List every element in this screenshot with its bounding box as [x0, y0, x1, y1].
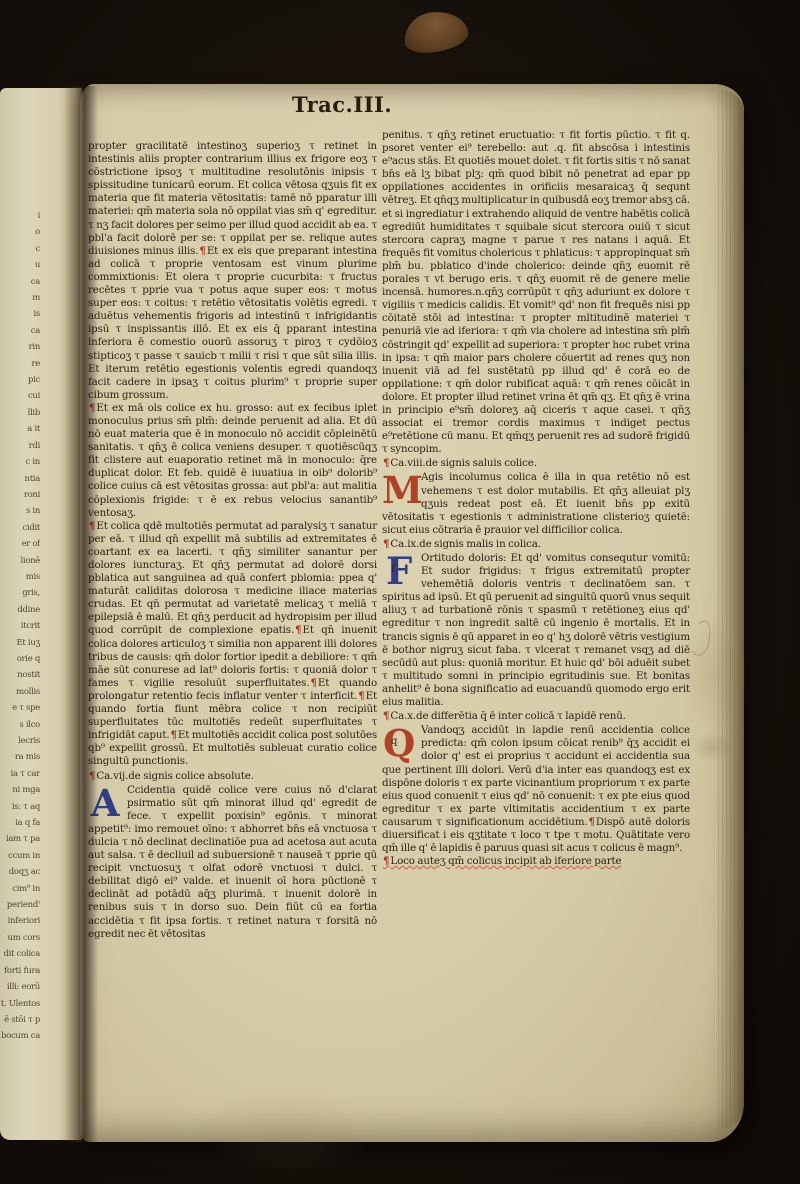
drop-cap-initial: A [88, 785, 122, 823]
fragment-line: roni [0, 487, 40, 503]
pilcrow-mark: ¶ [170, 729, 178, 741]
fragment-line: lionē [0, 553, 40, 569]
pilcrow-mark: ¶ [309, 677, 317, 689]
fragment-line: rdi [0, 438, 40, 454]
fragment-line: pic [0, 372, 40, 388]
text-paragraph: ¶Loco auteʒ qm̄ colicus incipit ab iferi… [382, 855, 690, 868]
fragment-line: ca [0, 274, 40, 290]
facing-page-text-fragments: iocucamiscarinrepiccuilliba itrdic innti… [0, 208, 40, 1088]
chapter-rubric: ¶Ca.x.de differētia q̄ ē inter colicā τ … [382, 710, 690, 723]
guide-letter: q [391, 737, 397, 747]
drop-cap-initial: M [382, 472, 416, 510]
pilcrow-mark: ¶ [198, 245, 206, 257]
fragment-line: s ilco [0, 717, 40, 733]
parchment-stain [200, 1084, 380, 1174]
pilcrow-mark: ¶ [88, 770, 96, 782]
pilcrow-mark: ¶ [88, 402, 96, 414]
text-paragraph: ACcidentia quidē colice vere cuius nō d'… [88, 784, 377, 941]
fragment-line: mis [0, 569, 40, 585]
fragment-line: illi: eorū [0, 979, 40, 995]
fragment-line: bocum ca [0, 1028, 40, 1044]
text-paragraph: MAgis incolumus colica ē illa in qua ret… [382, 471, 690, 536]
fragment-line: inferiori [0, 913, 40, 929]
fragment-line: u [0, 257, 40, 273]
fragment-line: Et iuʒ [0, 635, 40, 651]
fragment-line: a it [0, 421, 40, 437]
pilcrow-mark: ¶ [382, 855, 390, 867]
fragment-line: ccum in [0, 848, 40, 864]
text-paragraph: ¶Et colica qdē multotiēs permutat ad par… [88, 520, 377, 769]
fragment-line: rin [0, 339, 40, 355]
running-header: Trac.III. [292, 92, 392, 117]
fragment-line: c in [0, 454, 40, 470]
chapter-rubric: ¶Ca.viii.de signis saluis colice. [382, 457, 690, 470]
fragment-line: e τ spe [0, 700, 40, 716]
fragment-line: ra mis [0, 749, 40, 765]
fragment-line: mollis [0, 684, 40, 700]
fragment-line: iam τ pa [0, 831, 40, 847]
guide-letter: f [391, 565, 395, 575]
fragment-line: re [0, 356, 40, 372]
fragment-line: ca [0, 323, 40, 339]
fragment-line: is: τ aq [0, 799, 40, 815]
fragment-line: cim⁹ in [0, 881, 40, 897]
fragment-line: ē stōi τ p [0, 1012, 40, 1028]
fragment-line: t. Ulentos [0, 996, 40, 1012]
fragment-line: dit colica [0, 946, 40, 962]
facing-page-edge: iocucamiscarinrepiccuilliba itrdic innti… [0, 88, 82, 1140]
fragment-line: um cors [0, 930, 40, 946]
fragment-line: cidit [0, 520, 40, 536]
pilcrow-mark: ¶ [294, 624, 302, 636]
headband-fragment [402, 9, 470, 55]
fragment-line: s in [0, 503, 40, 519]
fragment-line: cui [0, 388, 40, 404]
fragment-line: ia τ car [0, 766, 40, 782]
fragment-line: orie q [0, 651, 40, 667]
text-column-right: penitus. τ qn̄ʒ retinet eructuatio: τ fi… [382, 129, 690, 868]
fragment-line: lecris [0, 733, 40, 749]
text-column-left: propter gracilitatē intestinoʒ superioʒ … [88, 140, 377, 941]
fragment-line: c [0, 241, 40, 257]
drop-cap-initial: Qq [382, 725, 416, 763]
text-paragraph: penitus. τ qn̄ʒ retinet eructuatio: τ fi… [382, 129, 690, 456]
chapter-rubric: ¶Ca.ix.de signis malis in colica. [382, 538, 690, 551]
fragment-line: forti fura [0, 963, 40, 979]
fragment-line: er of [0, 536, 40, 552]
text-paragraph: QqVandoqʒ accidūt in lapdie renū acciden… [382, 724, 690, 855]
fragment-line: itcrit [0, 618, 40, 634]
pilcrow-mark: ¶ [587, 816, 595, 828]
marginal-pen-mark [689, 619, 713, 658]
book-page: Trac.III. propter gracilitatē intestinoʒ… [80, 84, 744, 1142]
fore-edge-pages [718, 90, 744, 1130]
fragment-line: doqʒ ac [0, 864, 40, 880]
fragment-line: ia q fa [0, 815, 40, 831]
drop-cap-initial: Ff [382, 553, 416, 591]
fragment-line: ntia [0, 471, 40, 487]
fragment-line: nostit [0, 667, 40, 683]
text-paragraph: ¶Et ex mā ols colice ex hu. grosso: aut … [88, 402, 377, 520]
text-paragraph: propter gracilitatē intestinoʒ superioʒ … [88, 140, 377, 402]
pilcrow-mark: ¶ [357, 690, 365, 702]
fragment-line: i [0, 208, 40, 224]
fragment-line: m [0, 290, 40, 306]
text-paragraph: FfOrtitudo doloris: Et qd' vomitus conse… [382, 552, 690, 709]
chapter-rubric: ¶Ca.vij.de signis colice absolute. [88, 770, 377, 783]
fragment-line: gris, [0, 585, 40, 601]
fragment-line: o [0, 224, 40, 240]
fragment-line: is [0, 306, 40, 322]
fragment-line: llib [0, 405, 40, 421]
fragment-line: periend' [0, 897, 40, 913]
fragment-line: ni mga [0, 782, 40, 798]
pilcrow-mark: ¶ [88, 520, 96, 532]
fragment-line: ddine [0, 602, 40, 618]
